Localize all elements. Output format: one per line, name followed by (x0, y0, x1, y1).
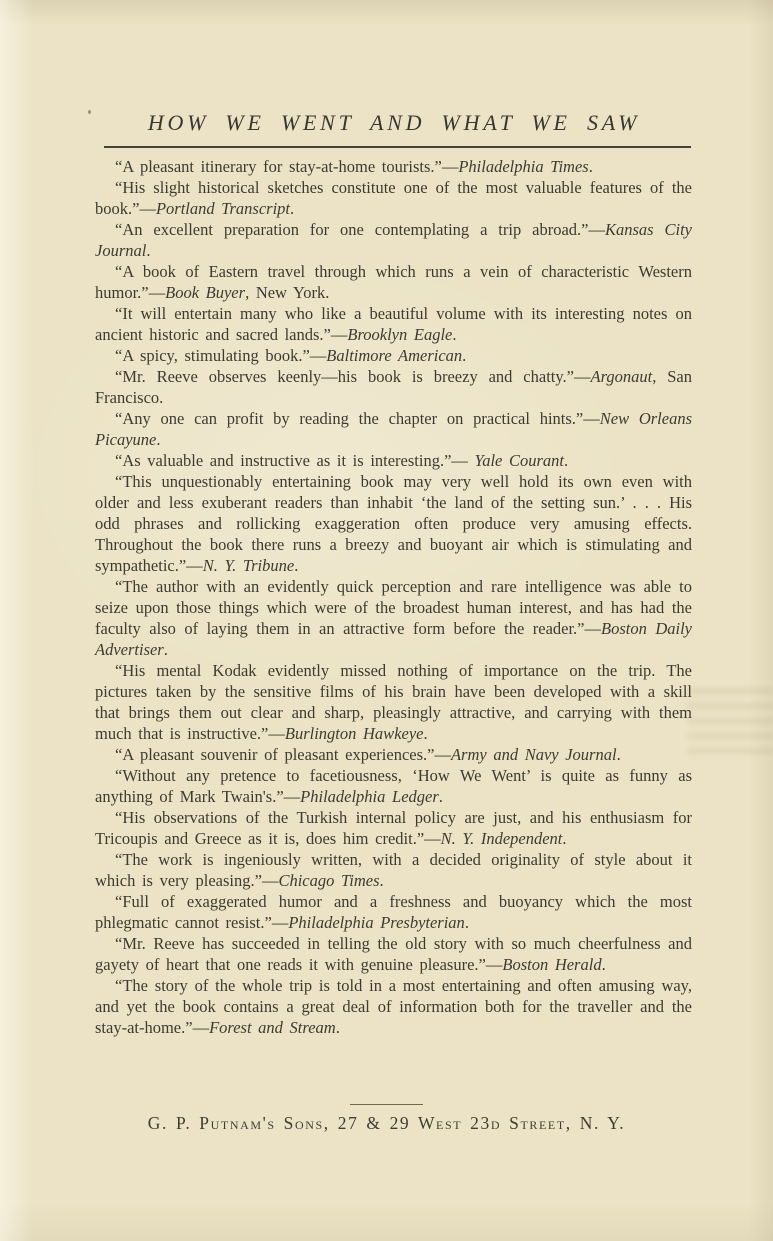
review-paragraph: “The story of the whole trip is told in … (95, 975, 692, 1038)
review-quote-text: “This unquestionably entertaining book m… (95, 472, 692, 575)
review-source: Army and Navy Journal (451, 745, 617, 764)
review-paragraph: “His observations of the Turkish interna… (95, 807, 692, 849)
review-suffix: . (294, 556, 298, 575)
review-quote-text: “As valuable and instructive as it is in… (115, 451, 475, 470)
review-quote-text: “A pleasant itinerary for stay-at-home t… (115, 157, 458, 176)
page-title: HOW WE WENT AND WHAT WE SAW (96, 110, 692, 136)
review-paragraph: “An excellent preparation for one contem… (95, 219, 692, 261)
review-suffix: , New York. (245, 283, 329, 302)
review-suffix: . (380, 871, 384, 890)
review-source: Baltimore American (326, 346, 462, 365)
review-paragraph: “A pleasant souvenir of pleasant experie… (95, 744, 692, 765)
review-suffix: . (602, 955, 606, 974)
review-source: Portland Transcript (156, 199, 290, 218)
review-source: Burlington Hawkeye (285, 724, 424, 743)
review-suffix: . (452, 325, 456, 344)
review-paragraph: “Without any pretence to facetiousness, … (95, 765, 692, 807)
review-quote-text: “A pleasant souvenir of pleasant experie… (115, 745, 451, 764)
review-source: Boston Herald (502, 955, 601, 974)
review-quote-text: “The work is ingeniously written, with a… (95, 850, 692, 890)
review-source: Yale Courant (475, 451, 564, 470)
review-source: Book Buyer (165, 283, 245, 302)
review-suffix: . (146, 241, 150, 260)
review-suffix: . (564, 451, 568, 470)
page-showthrough (687, 688, 773, 754)
review-suffix: . (465, 913, 469, 932)
review-paragraph: “As valuable and instructive as it is in… (95, 450, 692, 471)
review-source: N. Y. Tribune (203, 556, 295, 575)
review-paragraph: “A spicy, stimulating book.”—Baltimore A… (95, 345, 692, 366)
review-suffix: . (290, 199, 294, 218)
review-paragraph: “Mr. Reeve observes keenly—his book is b… (95, 366, 692, 408)
review-suffix: . (562, 829, 566, 848)
paper-speck (88, 110, 91, 114)
review-quote-text: “A spicy, stimulating book.”— (115, 346, 326, 365)
review-suffix: . (336, 1018, 340, 1037)
review-source: Chicago Times (278, 871, 379, 890)
review-quote-text: “His observations of the Turkish interna… (95, 808, 692, 848)
review-quote-text: “Mr. Reeve observes keenly—his book is b… (115, 367, 591, 386)
review-source: Philadelphia Times (458, 157, 588, 176)
review-source: N. Y. Independent (441, 829, 563, 848)
review-paragraph: “His slight historical sketches constitu… (95, 177, 692, 219)
review-suffix: . (589, 157, 593, 176)
review-source: Forest and Stream (209, 1018, 336, 1037)
review-quote-text: “Any one can profit by reading the chapt… (115, 409, 600, 428)
scanned-book-page: HOW WE WENT AND WHAT WE SAW “A pleasant … (0, 0, 773, 1241)
press-reviews-list: “A pleasant itinerary for stay-at-home t… (95, 156, 692, 1038)
review-paragraph: “The author with an evidently quick perc… (95, 576, 692, 660)
review-quote-text: “An excellent preparation for one contem… (115, 220, 605, 239)
review-suffix: . (439, 787, 443, 806)
review-suffix: . (164, 640, 168, 659)
review-paragraph: “A pleasant itinerary for stay-at-home t… (95, 156, 692, 177)
review-source: Philadelphia Ledger (300, 787, 439, 806)
review-paragraph: “Full of exaggerated humor and a freshne… (95, 891, 692, 933)
review-suffix: . (617, 745, 621, 764)
review-paragraph: “His mental Kodak evidently missed nothi… (95, 660, 692, 744)
review-quote-text: “The story of the whole trip is told in … (95, 976, 692, 1037)
review-paragraph: “Mr. Reeve has succeeded in telling the … (95, 933, 692, 975)
review-paragraph: “A book of Eastern travel through which … (95, 261, 692, 303)
review-suffix: . (462, 346, 466, 365)
review-paragraph: “This unquestionably entertaining book m… (95, 471, 692, 576)
review-source: Brooklyn Eagle (347, 325, 452, 344)
review-paragraph: “It will entertain many who like a beaut… (95, 303, 692, 345)
review-source: Argonaut (591, 367, 653, 386)
review-source: Philadelphia Presbyterian (288, 913, 464, 932)
review-paragraph: “The work is ingeniously written, with a… (95, 849, 692, 891)
publisher-imprint: G. P. Putnam's Sons, 27 & 29 West 23d St… (0, 1113, 773, 1134)
title-rule (104, 146, 691, 148)
review-paragraph: “Any one can profit by reading the chapt… (95, 408, 692, 450)
footer-rule (350, 1104, 423, 1105)
review-suffix: . (423, 724, 427, 743)
review-suffix: . (156, 430, 160, 449)
